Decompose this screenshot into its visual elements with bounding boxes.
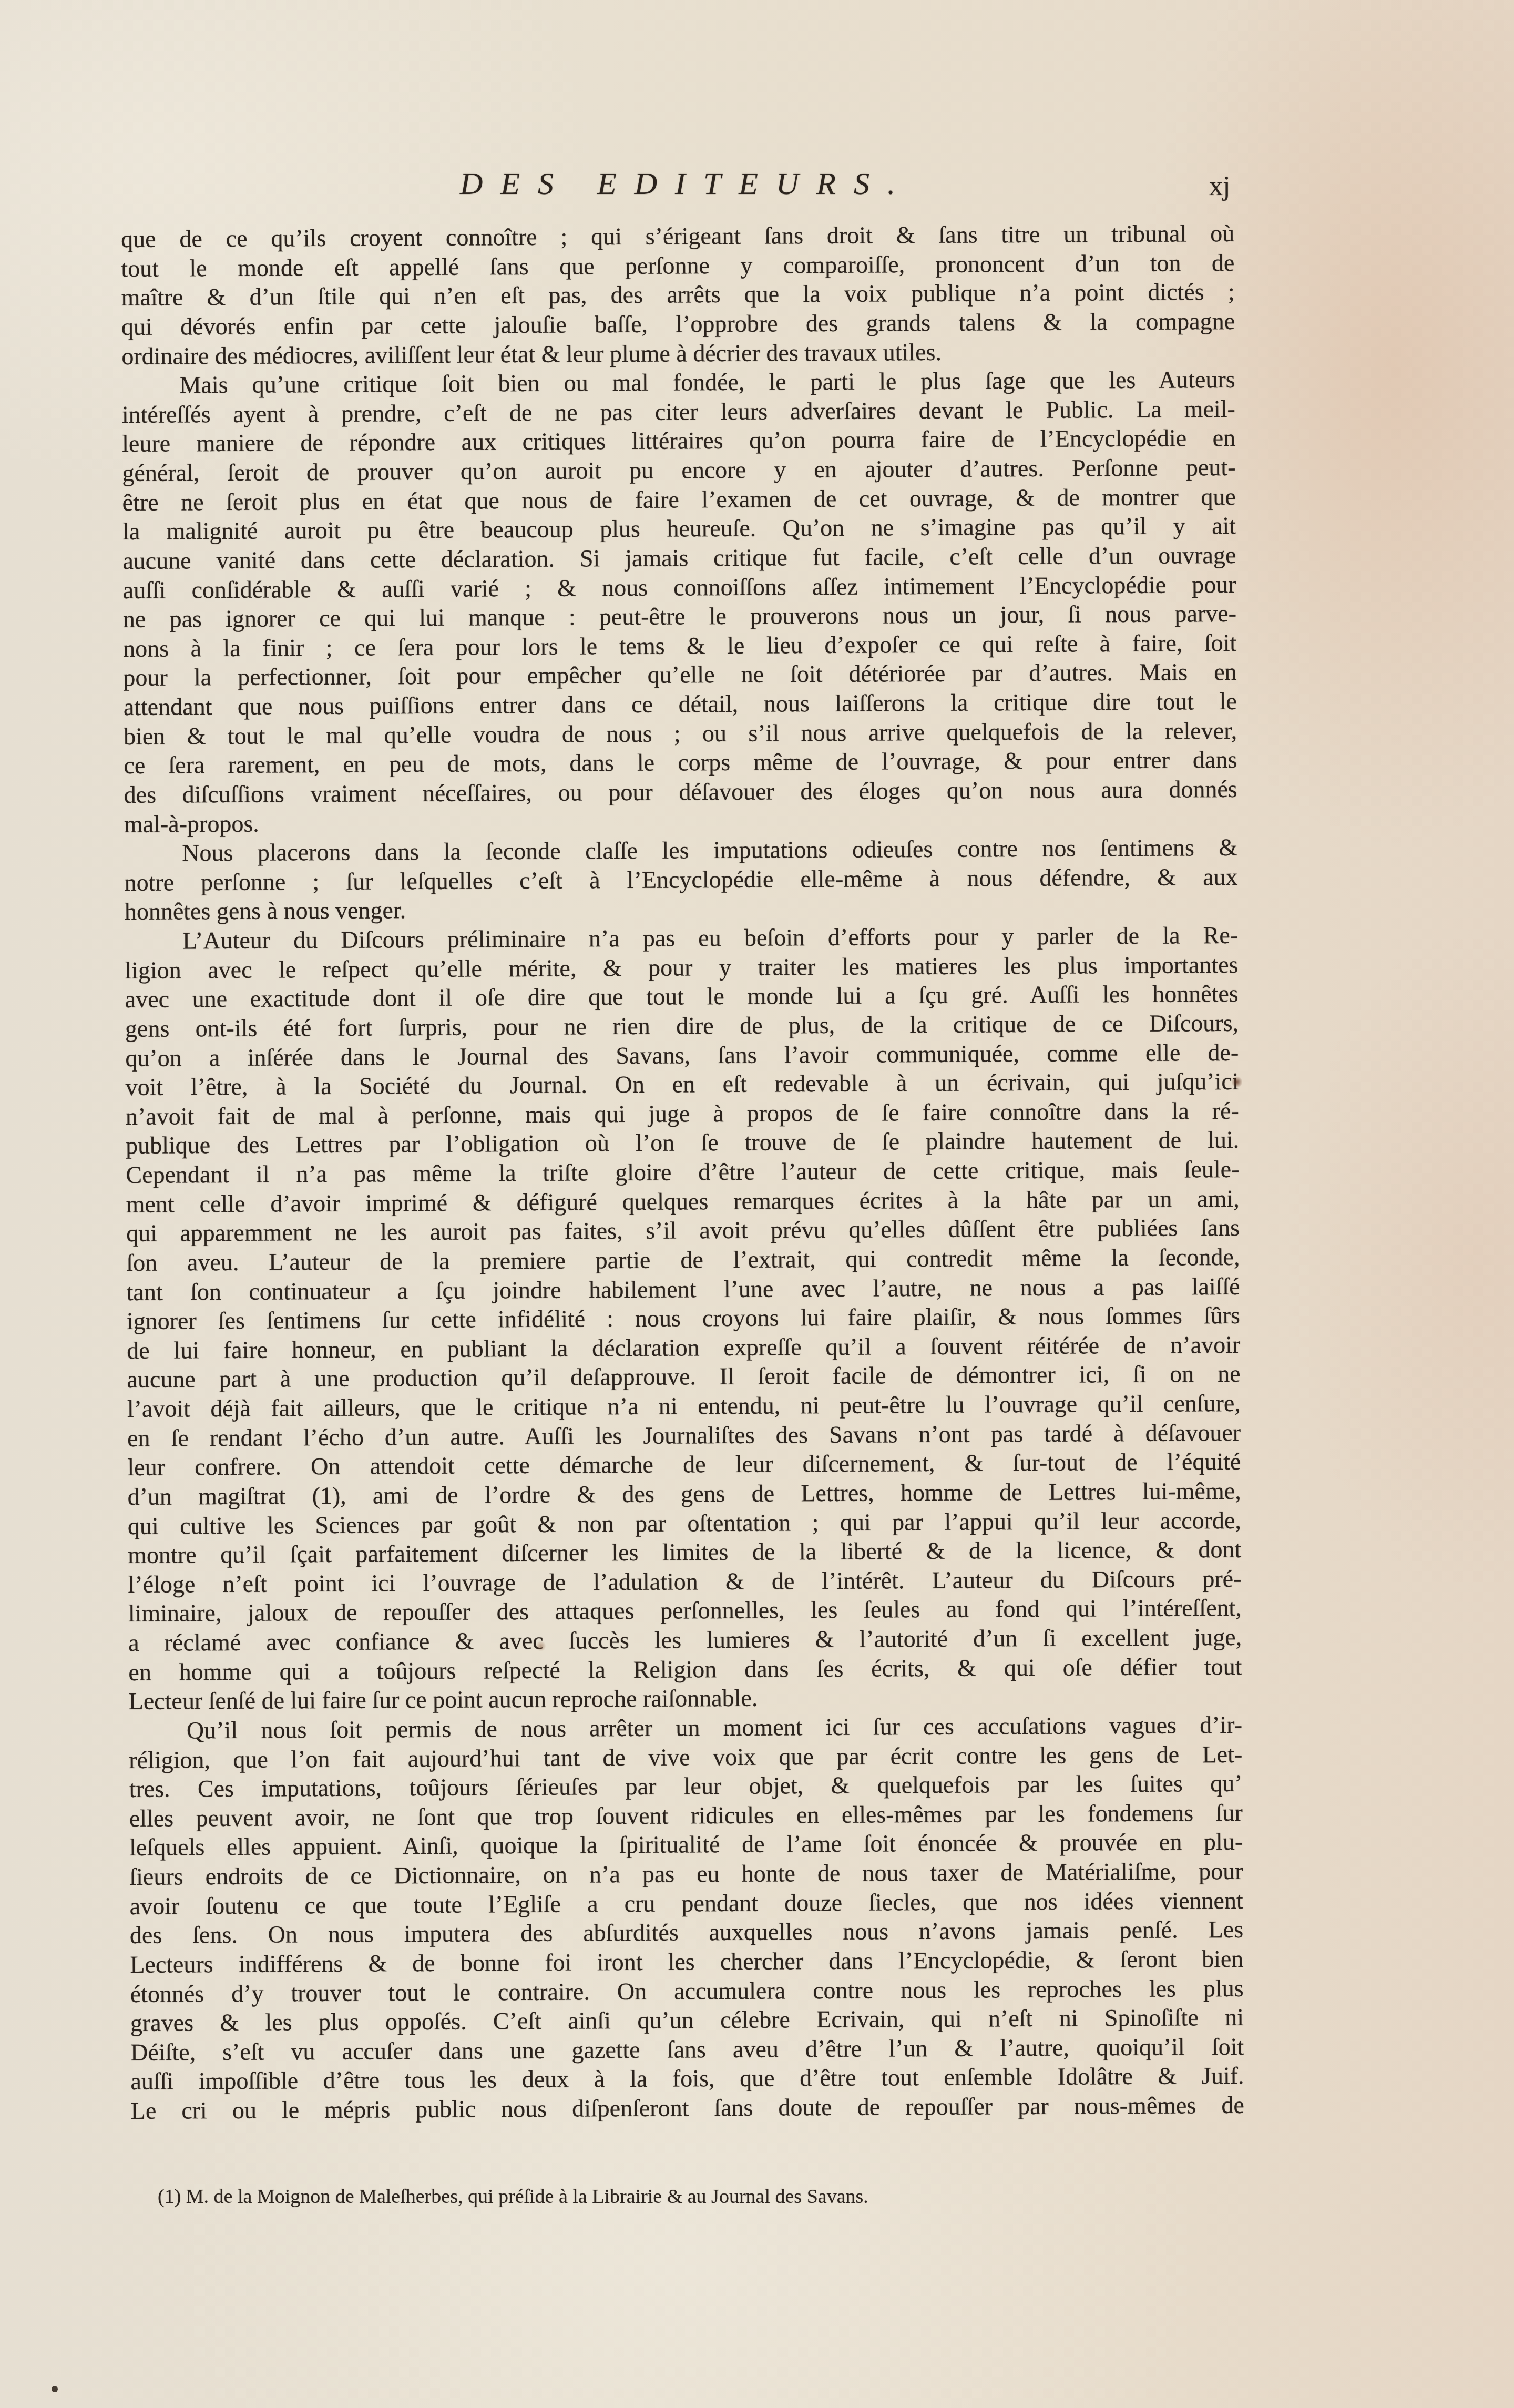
scanned-page: DES EDITEURS. xj que de ce qu’ils croyen… bbox=[0, 0, 1514, 2408]
ink-spot bbox=[52, 2386, 58, 2392]
text-line: ſon aveu. L’auteur de la premiere partie… bbox=[126, 1242, 1240, 1278]
text-line: des diſcuſſions vraiment néceſſaires, ou… bbox=[124, 774, 1237, 810]
running-header: DES EDITEURS. bbox=[121, 165, 1234, 202]
ink-spot bbox=[1232, 1076, 1242, 1088]
paragraph-start-line: Qu’il nous ſoit permis de nous arrêter u… bbox=[129, 1710, 1242, 1746]
body-text: que de ce qu’ils croyent connoître ; qui… bbox=[121, 219, 1244, 2126]
text-line: aucune vanité dans cette déclaration. Si… bbox=[122, 540, 1236, 576]
text-line: Lecteurs indifférens & de bonne foi iron… bbox=[130, 1944, 1243, 1980]
text-line: gens ont-ils été fort ſurpris, pour ne r… bbox=[125, 1008, 1239, 1044]
text-line: d’un magiſtrat (1), ami de l’ordre & des… bbox=[128, 1476, 1241, 1512]
footnote-marker: (1) bbox=[158, 2186, 181, 2208]
footnote: (1) M. de la Moignon de Maleſherbes, qui… bbox=[158, 2185, 868, 2209]
text-line: en homme qui a toûjours reſpecté la Reli… bbox=[128, 1651, 1242, 1687]
text-line: notre perſonne ; ſur leſquelles c’eſt à … bbox=[124, 862, 1237, 897]
page-number: xj bbox=[1209, 168, 1230, 205]
footnote-text: M. de la Moignon de Maleſherbes, qui pré… bbox=[186, 2186, 868, 2208]
foxing-spot bbox=[536, 1640, 546, 1652]
text-line: qui dévorés enfin par cette jalouſie baſ… bbox=[121, 307, 1235, 342]
text-line: Le cri ou le mépris public nous diſpenſe… bbox=[131, 2090, 1244, 2126]
